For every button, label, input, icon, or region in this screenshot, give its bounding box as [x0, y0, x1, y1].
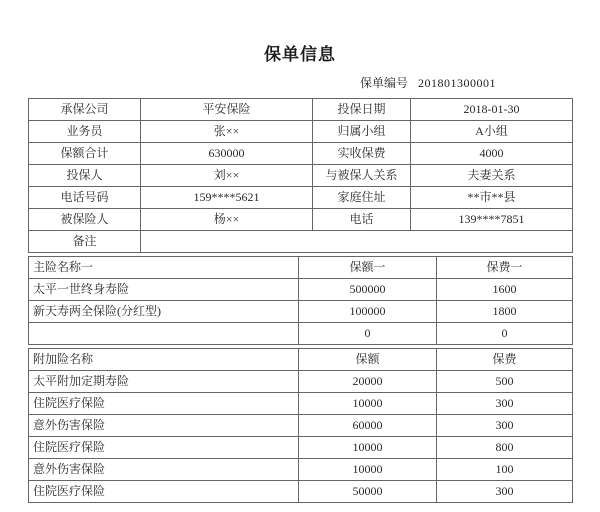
- premium-cell: 300: [437, 393, 573, 415]
- info-value-cell: 4000: [411, 143, 573, 165]
- amount-cell: 50000: [299, 481, 437, 503]
- table-row: 意外伤害保险 60000 300: [29, 415, 573, 437]
- info-label-cell: 投保日期: [313, 99, 411, 121]
- info-value-cell: 159****5621: [141, 187, 313, 209]
- insurance-name-cell: 住院医疗保险: [29, 437, 299, 459]
- main-name-header-cell: 主险名称一: [29, 257, 299, 279]
- table-row: 业务员 张×× 归属小组 A小组: [29, 121, 573, 143]
- info-value-cell: **市**县: [411, 187, 573, 209]
- insurance-name-cell: 住院医疗保险: [29, 393, 299, 415]
- info-value-cell: 张××: [141, 121, 313, 143]
- rider-premium-header-cell: 保费: [437, 349, 573, 371]
- amount-cell: 60000: [299, 415, 437, 437]
- premium-cell: 1800: [437, 301, 573, 323]
- insurance-name-cell: 新天寿两全保险(分红型): [29, 301, 299, 323]
- info-value-cell: 杨××: [141, 209, 313, 231]
- main-premium-header-cell: 保费一: [437, 257, 573, 279]
- premium-cell: 300: [437, 415, 573, 437]
- premium-cell: 0: [437, 323, 573, 345]
- rider-name-header-cell: 附加险名称: [29, 349, 299, 371]
- info-label-cell: 与被保人关系: [313, 165, 411, 187]
- info-label-cell: 被保险人: [29, 209, 141, 231]
- info-value-cell: 夫妻关系: [411, 165, 573, 187]
- rider-amount-header-cell: 保额: [299, 349, 437, 371]
- info-value-cell: 平安保险: [141, 99, 313, 121]
- table-row: 0 0: [29, 323, 573, 345]
- table-row: 意外伤害保险 10000 100: [29, 459, 573, 481]
- rider-insurance-table: 附加险名称 保额 保费 太平附加定期寿险 20000 500 住院医疗保险 10…: [28, 348, 573, 503]
- main-insurance-table: 主险名称一 保额一 保费一 太平一世终身寿险 500000 1600 新天寿两全…: [28, 256, 573, 345]
- policy-number-line: 保单编号201801300001: [360, 74, 600, 91]
- remark-label-cell: 备注: [29, 231, 141, 253]
- premium-cell: 100: [437, 459, 573, 481]
- premium-cell: 800: [437, 437, 573, 459]
- info-label-cell: 电话: [313, 209, 411, 231]
- premium-cell: 500: [437, 371, 573, 393]
- table-row: 住院医疗保险 50000 300: [29, 481, 573, 503]
- table-row: 电话号码 159****5621 家庭住址 **市**县: [29, 187, 573, 209]
- table-row: 备注: [29, 231, 573, 253]
- info-value-cell: 2018-01-30: [411, 99, 573, 121]
- amount-cell: 10000: [299, 459, 437, 481]
- insurance-name-cell: 太平一世终身寿险: [29, 279, 299, 301]
- info-label-cell: 实收保费: [313, 143, 411, 165]
- remark-value-cell: [141, 231, 573, 253]
- policy-number-value: 201801300001: [418, 76, 496, 90]
- insurance-name-cell: [29, 323, 299, 345]
- amount-cell: 20000: [299, 371, 437, 393]
- table-header-row: 附加险名称 保额 保费: [29, 349, 573, 371]
- table-row: 太平一世终身寿险 500000 1600: [29, 279, 573, 301]
- info-label-cell: 承保公司: [29, 99, 141, 121]
- table-row: 被保险人 杨×× 电话 139****7851: [29, 209, 573, 231]
- table-row: 承保公司 平安保险 投保日期 2018-01-30: [29, 99, 573, 121]
- info-value-cell: 139****7851: [411, 209, 573, 231]
- amount-cell: 0: [299, 323, 437, 345]
- policy-info-page: 保单信息 保单编号201801300001 承保公司 平安保险 投保日期 201…: [0, 0, 600, 512]
- premium-cell: 1600: [437, 279, 573, 301]
- info-label-cell: 家庭住址: [313, 187, 411, 209]
- amount-cell: 500000: [299, 279, 437, 301]
- info-label-cell: 保额合计: [29, 143, 141, 165]
- policyholder-info-table: 承保公司 平安保险 投保日期 2018-01-30 业务员 张×× 归属小组 A…: [28, 98, 573, 253]
- table-header-row: 主险名称一 保额一 保费一: [29, 257, 573, 279]
- info-label-cell: 业务员: [29, 121, 141, 143]
- page-title: 保单信息: [0, 0, 600, 65]
- insurance-name-cell: 住院医疗保险: [29, 481, 299, 503]
- amount-cell: 100000: [299, 301, 437, 323]
- table-row: 投保人 刘×× 与被保人关系 夫妻关系: [29, 165, 573, 187]
- amount-cell: 10000: [299, 437, 437, 459]
- insurance-name-cell: 意外伤害保险: [29, 415, 299, 437]
- table-row: 新天寿两全保险(分红型) 100000 1800: [29, 301, 573, 323]
- premium-cell: 300: [437, 481, 573, 503]
- info-value-cell: A小组: [411, 121, 573, 143]
- table-row: 住院医疗保险 10000 300: [29, 393, 573, 415]
- insurance-name-cell: 太平附加定期寿险: [29, 371, 299, 393]
- info-label-cell: 电话号码: [29, 187, 141, 209]
- policy-number-label: 保单编号: [360, 76, 408, 90]
- main-amount-header-cell: 保额一: [299, 257, 437, 279]
- table-row: 保额合计 630000 实收保费 4000: [29, 143, 573, 165]
- info-label-cell: 投保人: [29, 165, 141, 187]
- amount-cell: 10000: [299, 393, 437, 415]
- table-row: 住院医疗保险 10000 800: [29, 437, 573, 459]
- insurance-name-cell: 意外伤害保险: [29, 459, 299, 481]
- info-value-cell: 刘××: [141, 165, 313, 187]
- info-value-cell: 630000: [141, 143, 313, 165]
- info-label-cell: 归属小组: [313, 121, 411, 143]
- table-row: 太平附加定期寿险 20000 500: [29, 371, 573, 393]
